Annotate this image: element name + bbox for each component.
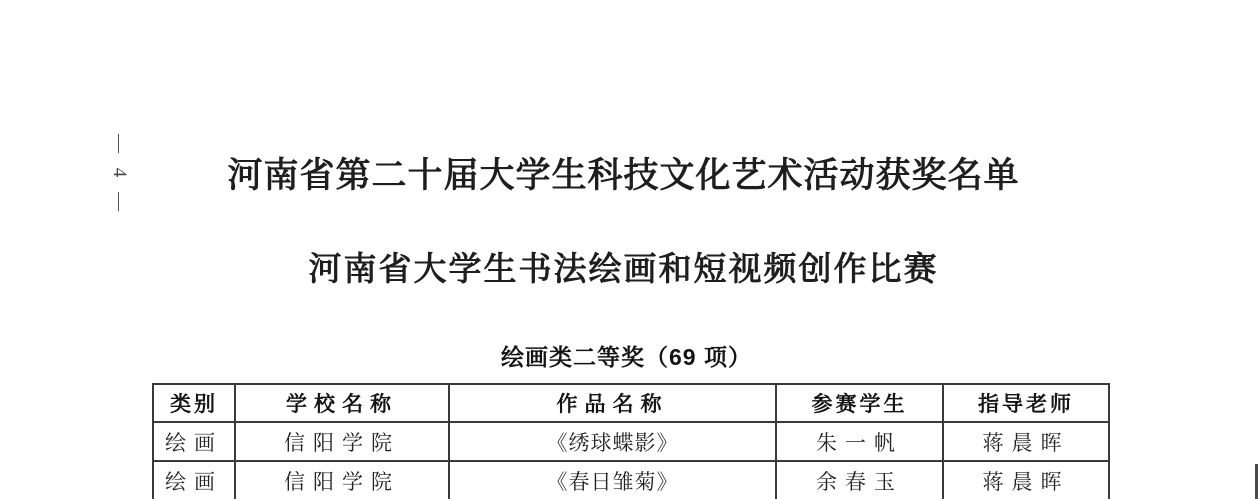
awards-table-body: 绘画 信阳学院 《绣球蝶影》 朱一帆 蒋晨晖 绘画 信阳学院 《春日雏菊》 余春…	[153, 422, 1109, 499]
cell-category: 绘画	[153, 422, 235, 461]
document-subtitle: 河南省大学生书法绘画和短视频创作比赛	[0, 246, 1247, 294]
column-header-work-title: 作品名称	[449, 384, 776, 422]
column-header-advisor: 指导老师	[943, 384, 1109, 422]
cell-student: 余春玉	[776, 461, 943, 499]
cell-category: 绘画	[153, 461, 235, 499]
cell-work-title: 《绣球蝶影》	[449, 422, 776, 461]
table-row: 绘画 信阳学院 《春日雏菊》 余春玉 蒋晨晖	[153, 461, 1109, 499]
document-title: 河南省第二十届大学生科技文化艺术活动获奖名单	[0, 150, 1247, 202]
section-heading: 绘画类二等奖（69 项）	[0, 339, 1253, 372]
document-page: — 4 — 河南省第二十届大学生科技文化艺术活动获奖名单 河南省大学生书法绘画和…	[0, 0, 1259, 499]
cell-advisor: 蒋晨晖	[943, 422, 1109, 461]
column-header-category: 类别	[153, 384, 235, 422]
scan-artifact-line	[1255, 464, 1258, 499]
cell-school: 信阳学院	[235, 461, 449, 499]
header-row: 类别 学校名称 作品名称 参赛学生 指导老师	[153, 384, 1109, 422]
cell-school: 信阳学院	[235, 422, 449, 461]
awards-table-header: 类别 学校名称 作品名称 参赛学生 指导老师	[153, 384, 1109, 422]
awards-table: 类别 学校名称 作品名称 参赛学生 指导老师 绘画 信阳学院 《绣球蝶影》 朱一…	[152, 383, 1110, 499]
table-row: 绘画 信阳学院 《绣球蝶影》 朱一帆 蒋晨晖	[153, 422, 1109, 461]
cell-student: 朱一帆	[776, 422, 943, 461]
column-header-student: 参赛学生	[776, 384, 943, 422]
cell-work-title: 《春日雏菊》	[449, 461, 776, 499]
column-header-school: 学校名称	[235, 384, 449, 422]
cell-advisor: 蒋晨晖	[943, 461, 1109, 499]
